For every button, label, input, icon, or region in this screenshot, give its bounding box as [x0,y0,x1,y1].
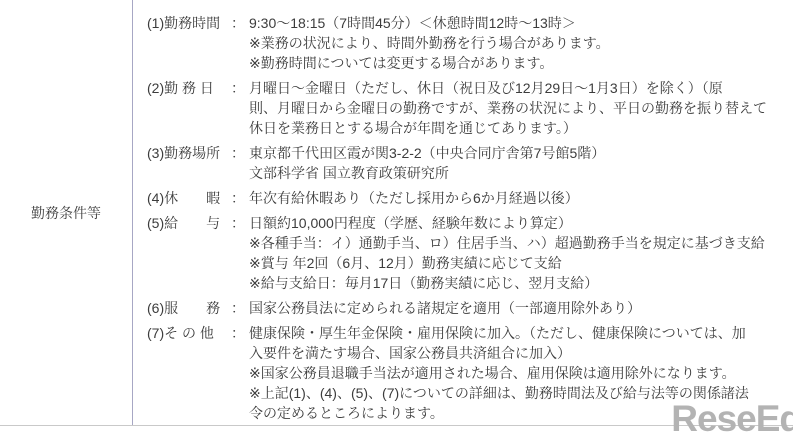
condition-item-line: 年次有給休暇あり（ただし採用から6か月経過以後） [249,188,787,208]
condition-item-line: ※給与支給日：毎月17日（勤務実績に応じ、翌月支給） [249,273,787,293]
condition-item-label: (3)勤務場所 [147,143,227,163]
condition-item-colon: ： [227,188,249,208]
condition-item-line: 則、月曜日から金曜日の勤務ですが、業務の状況により、平日の勤務を振り替えて [249,98,787,118]
condition-item-line: 文部科学省 国立教育政策研究所 [249,163,787,183]
condition-item: (6)服 務 ： 国家公務員法に定められる諸規定を適用（一部適用除外あり） [147,298,787,318]
row-header-label: 勤務条件等 [31,203,101,223]
condition-item-colon: ： [227,13,249,33]
condition-item-line: 休日を業務日とする場合が年間を通じてあります。） [249,118,787,138]
condition-item-line: ※各種手当：イ）通勤手当、ロ）住居手当、ハ）超過勤務手当を規定に基づき支給 [249,233,787,253]
condition-item-line: 国家公務員法に定められる諸規定を適用（一部適用除外あり） [249,298,787,318]
condition-item-label: (7)そ の 他 [147,323,227,343]
condition-item-line: ※賞与 年2回（6月、12月）勤務実績に応じて支給 [249,253,787,273]
condition-item-colon: ： [227,323,249,343]
condition-item: (1)勤務時間 ： 9:30～18:15（7時間45分）＜休憩時間12時～13時… [147,13,787,73]
condition-item-label: (4)休 暇 [147,188,227,208]
condition-item-line: 月曜日～金曜日（ただし、休日（祝日及び12月29日～1月3日）を除く）（原 [249,78,787,98]
condition-item-colon: ： [227,78,249,98]
condition-item-line: ※勤務時間については変更する場合があります。 [249,53,787,73]
condition-item-body: 9:30～18:15（7時間45分）＜休憩時間12時～13時＞※業務の状況により… [249,13,787,73]
condition-item-body: 日額約10,000円程度（学歴、経験年数により算定）※各種手当：イ）通勤手当、ロ… [249,213,787,293]
condition-item-line: 健康保険・厚生年金保険・雇用保険に加入。（ただし、健康保険については、加 [249,323,787,343]
reseed-watermark-katakana: リシード [707,390,751,399]
condition-item: (4)休 暇 ： 年次有給休暇あり（ただし採用から6か月経過以後） [147,188,787,208]
condition-item-label: (6)服 務 [147,298,227,318]
condition-item: (2)勤 務 日 ： 月曜日～金曜日（ただし、休日（祝日及び12月29日～1月3… [147,78,787,138]
condition-item-label: (1)勤務時間 [147,13,227,33]
condition-item-colon: ： [227,298,249,318]
condition-item-body: 年次有給休暇あり（ただし採用から6か月経過以後） [249,188,787,208]
condition-item-line: ※国家公務員退職手当法が適用された場合、雇用保険は適用除外になります。 [249,363,787,383]
condition-item-body: 国家公務員法に定められる諸規定を適用（一部適用除外あり） [249,298,787,318]
condition-item-body: 東京都千代田区霞が関3-2-2（中央合同庁舎第7号館5階）文部科学省 国立教育政… [249,143,787,183]
condition-item-body: 月曜日～金曜日（ただし、休日（祝日及び12月29日～1月3日）を除く）（原則、月… [249,78,787,138]
condition-item-line: 日額約10,000円程度（学歴、経験年数により算定） [249,213,787,233]
page: 勤務条件等 (1)勤務時間 ： 9:30～18:15（7時間45分）＜休憩時間1… [0,0,793,432]
row-header-cell: 勤務条件等 [0,0,133,425]
condition-item-line: 東京都千代田区霞が関3-2-2（中央合同庁舎第7号館5階） [249,143,787,163]
condition-item-line: 9:30～18:15（7時間45分）＜休憩時間12時～13時＞ [249,13,787,33]
reseed-watermark-logo: ReseEd [671,398,793,432]
condition-item-line: 入要件を満たす場合、国家公務員共済組合に加入） [249,343,787,363]
condition-item: (5)給 与 ： 日額約10,000円程度（学歴、経験年数により算定）※各種手当… [147,213,787,293]
conditions-content: (1)勤務時間 ： 9:30～18:15（7時間45分）＜休憩時間12時～13時… [133,0,793,425]
reseed-watermark: リシード ReseEd [671,390,793,432]
condition-item: (3)勤務場所 ： 東京都千代田区霞が関3-2-2（中央合同庁舎第7号館5階）文… [147,143,787,183]
condition-item-label: (2)勤 務 日 [147,78,227,98]
condition-item-line: ※業務の状況により、時間外勤務を行う場合があります。 [249,33,787,53]
condition-item-colon: ： [227,143,249,163]
condition-item-label: (5)給 与 [147,213,227,233]
conditions-table-row: 勤務条件等 (1)勤務時間 ： 9:30～18:15（7時間45分）＜休憩時間1… [0,0,793,426]
condition-item-colon: ： [227,213,249,233]
